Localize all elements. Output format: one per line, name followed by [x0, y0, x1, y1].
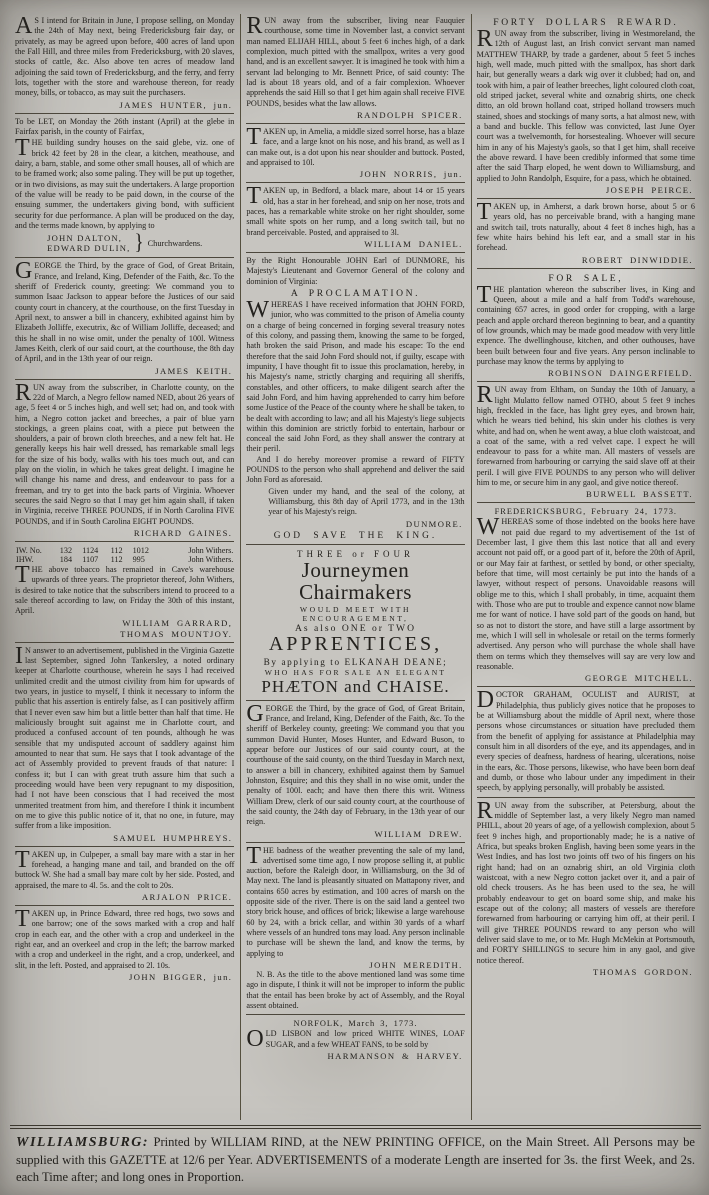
chairmakers-title: Journeymen Chairmakers	[246, 559, 464, 603]
ad-body: OCTOR GRAHAM, OCULIST and AURIST, at Phi…	[477, 690, 695, 792]
dateline: FREDERICKSBURG, February 24, 1773.	[477, 507, 695, 516]
chairmakers-ad: THREE or FOUR Journeymen Chairmakers WOU…	[246, 544, 464, 697]
ad-body: AKEN up, in Bedford, a black mare, about…	[246, 186, 464, 236]
ad-body: UN away from the subscriber, living near…	[246, 16, 464, 108]
drop-cap: R	[477, 801, 495, 820]
drop-cap: T	[15, 565, 32, 584]
signature: JOHN NORRIS, jun.	[246, 169, 462, 179]
ad-body: HE above tobacco has remained in Cave's …	[15, 565, 234, 615]
ad-land-sale-mattapony: THE badness of the weather preventing th…	[246, 842, 464, 1012]
drop-cap: T	[15, 138, 32, 157]
ad-body: N answer to an advertisement, published …	[15, 646, 234, 831]
drop-cap: R	[246, 16, 264, 35]
ad-body: EORGE the Third, by the grace of God, of…	[15, 261, 234, 363]
signature: RANDOLPH SPICER.	[246, 110, 462, 120]
ad-body: AKEN up, in Prince Edward, three red hog…	[15, 909, 234, 970]
table-row: IHW. 184 1107 112 995 John Withers.	[15, 555, 234, 564]
ad-stray-horse-amelia: TAKEN up, in Amelia, a middle sized sorr…	[246, 123, 464, 179]
drop-cap: T	[246, 186, 263, 205]
chairmakers-line: WHO HAS FOR SALE AN ELEGANT	[246, 668, 464, 677]
ad-tankersley-reply: IN answer to an advertisement, published…	[15, 642, 234, 843]
nota-bene: N. B. As the title to the above mentione…	[246, 970, 464, 1011]
drop-cap: W	[477, 517, 502, 536]
ad-body: AKEN up, in Amherst, a dark brown horse,…	[477, 202, 695, 252]
signature: WILLIAM DANIEL.	[246, 239, 462, 249]
ad-body: HE badness of the weather preventing the…	[246, 846, 464, 958]
ad-stray-hogs-prince-edward: TAKEN up, in Prince Edward, three red ho…	[15, 905, 234, 982]
column-right: FORTY DOLLARS REWARD. RUN away from the …	[471, 14, 701, 1120]
signature: THOMAS MOUNTJOY.	[15, 629, 232, 639]
ad-body: UN away from the subscriber, at Petersbu…	[477, 801, 695, 965]
signature: GEORGE MITCHELL.	[477, 673, 693, 683]
signature-role: Churchwardens.	[148, 239, 203, 248]
ad-body: UN away from the subscriber, in Charlott…	[15, 383, 234, 526]
proclamation-preamble: By the Right Honourable JOHN Earl of DUN…	[246, 256, 464, 287]
newspaper-page: AS I intend for Britain in June, I propo…	[0, 0, 709, 1195]
ad-stray-horse-amherst: TAKEN up, in Amherst, a dark brown horse…	[477, 198, 695, 265]
ad-chancery-summons-berkeley: GEORGE the Third, by the grace of God, o…	[246, 700, 464, 839]
ad-chancery-summons-frederick: GEORGE the Third, by the grace of God, o…	[15, 257, 234, 375]
dunmore-proclamation: By the Right Honourable JOHN Earl of DUN…	[246, 252, 464, 541]
signature: HARMANSON & HARVEY.	[246, 1051, 462, 1061]
drop-cap: T	[246, 846, 263, 865]
signature: JOHN BIGGER, jun.	[15, 972, 232, 982]
signature: SAMUEL HUMPHREYS.	[15, 833, 232, 843]
tobacco-sale-notice: IW. No. 132 1124 112 1012 John Withers. …	[15, 541, 234, 639]
ad-mitchell-debts-notice: FREDERICKSBURG, February 24, 1773. WHERE…	[477, 502, 695, 683]
ad-norfolk-wines: NORFOLK, March 3, 1773. OLD LISBON and l…	[246, 1014, 464, 1061]
drop-cap: G	[15, 261, 34, 280]
chairmakers-apprentices: APPRENTICES,	[246, 634, 464, 655]
god-save-the-king-motto: GOD SAVE THE KING.	[246, 531, 464, 541]
signature: JOHN MEREDITH.	[246, 960, 462, 970]
signature: DUNMORE.	[246, 519, 462, 529]
signature: WILLIAM GARRARD,	[15, 618, 232, 628]
ad-body: EORGE the Third, by the grace of God, of…	[246, 704, 464, 827]
ad-body: HE plantation whereon the subscriber liv…	[477, 285, 695, 366]
ad-runaway-phill: RUN away from the subscriber, at Petersb…	[477, 797, 695, 977]
chairmakers-line: By applying to ELKANAH DEANE;	[246, 657, 464, 667]
drop-cap: W	[246, 300, 271, 319]
ad-body: LD LISBON and low priced WHITE WINES, LO…	[266, 1029, 465, 1048]
ad-doctor-graham: DOCTOR GRAHAM, OCULIST and AURIST, at Ph…	[477, 686, 695, 793]
signature: EDWARD DULIN,	[47, 243, 130, 254]
ad-runaway-ned: RUN away from the subscriber, in Charlot…	[15, 379, 234, 539]
signature: RICHARD GAINES.	[15, 528, 232, 538]
drop-cap: G	[246, 704, 265, 723]
ad-hunter-land-sale: AS I intend for Britain in June, I propo…	[15, 16, 234, 110]
drop-cap: I	[15, 646, 25, 665]
ad-body: HE building sundry houses on the said gl…	[15, 138, 234, 230]
ad-body: AKEN up, in Culpeper, a small bay mare w…	[15, 850, 234, 890]
ad-runaway-otho: RUN away from Eltham, on Sunday the 10th…	[477, 381, 695, 499]
proclamation-given: Given under my hand, and the seal of the…	[268, 487, 464, 518]
ad-body: UN away from Eltham, on Sunday the 10th …	[477, 385, 695, 487]
ad-body: UN away from the subscriber, living in W…	[477, 29, 695, 183]
signature: JOHN DALTON,	[47, 233, 130, 244]
signature: JAMES HUNTER, jun.	[15, 100, 232, 110]
drop-cap: T	[15, 850, 32, 869]
proclamation-reward: And I do hereby moreover promise a rewar…	[246, 455, 464, 486]
for-sale-heading: FOR SALE,	[477, 273, 695, 284]
column-left: AS I intend for Britain in June, I propo…	[10, 14, 240, 1120]
ad-plantation-for-sale: FOR SALE, THE plantation whereon the sub…	[477, 268, 695, 379]
churchwardens-signature: JOHN DALTON, EDWARD DULIN, } Churchwarde…	[15, 232, 234, 254]
ad-body: AKEN up, in Amelia, a middle sized sorre…	[246, 127, 464, 167]
dateline: NORFOLK, March 3, 1773.	[246, 1019, 464, 1028]
drop-cap: T	[15, 909, 32, 928]
drop-cap: R	[477, 29, 495, 48]
drop-cap: O	[246, 1029, 265, 1048]
ad-intro: To be LET, on Monday the 26th instant (A…	[15, 117, 234, 138]
signature: JOSEPH PEIRCE.	[477, 185, 693, 195]
drop-cap: T	[477, 285, 494, 304]
chairmakers-phaeton: PHÆTON and CHAISE.	[246, 678, 464, 697]
drop-cap: R	[477, 385, 495, 404]
ad-runaway-elijah-hill: RUN away from the subscriber, living nea…	[246, 16, 464, 120]
ad-forty-dollars-reward: FORTY DOLLARS REWARD. RUN away from the …	[477, 17, 695, 195]
signature: ARJALON PRICE.	[15, 892, 232, 902]
drop-cap: A	[15, 16, 34, 35]
signature: ROBINSON DAINGERFIELD.	[477, 368, 693, 378]
tobacco-table: IW. No. 132 1124 112 1012 John Withers. …	[15, 546, 234, 564]
column-middle: RUN away from the subscriber, living nea…	[240, 14, 470, 1120]
signature: THOMAS GORDON.	[477, 967, 693, 977]
column-layout: AS I intend for Britain in June, I propo…	[10, 14, 701, 1120]
proclamation-heading: A PROCLAMATION.	[246, 288, 464, 299]
ad-stray-mare-bedford: TAKEN up, in Bedford, a black mare, abou…	[246, 182, 464, 249]
drop-cap: T	[246, 127, 263, 146]
proclamation-body: HEREAS I have received information that …	[246, 300, 464, 454]
table-row: IW. No. 132 1124 112 1012 John Withers.	[15, 546, 234, 555]
reward-heading: FORTY DOLLARS REWARD.	[477, 17, 695, 28]
chairmakers-line: WOULD MEET WITH ENCOURAGEMENT,	[246, 605, 464, 623]
drop-cap: D	[477, 690, 496, 709]
drop-cap: R	[15, 383, 33, 402]
signature: JAMES KEITH.	[15, 366, 232, 376]
imprint-place: WILLIAMSBURG:	[16, 1135, 149, 1150]
ad-body: S I intend for Britain in June, I propos…	[15, 16, 234, 97]
ad-stray-mare-culpeper: TAKEN up, in Culpeper, a small bay mare …	[15, 846, 234, 902]
drop-cap: T	[477, 202, 494, 221]
signature: WILLIAM DREW.	[246, 829, 462, 839]
ad-glebe-houses: To be LET, on Monday the 26th instant (A…	[15, 113, 234, 255]
imprint: WILLIAMSBURG: Printed by WILLIAM RIND, a…	[10, 1125, 701, 1186]
signature: ROBERT DINWIDDIE.	[477, 255, 693, 265]
signature: BURWELL BASSETT.	[477, 489, 693, 499]
ad-body: HEREAS some of those indebted on the boo…	[477, 517, 695, 671]
brace-glyph: }	[134, 231, 143, 256]
